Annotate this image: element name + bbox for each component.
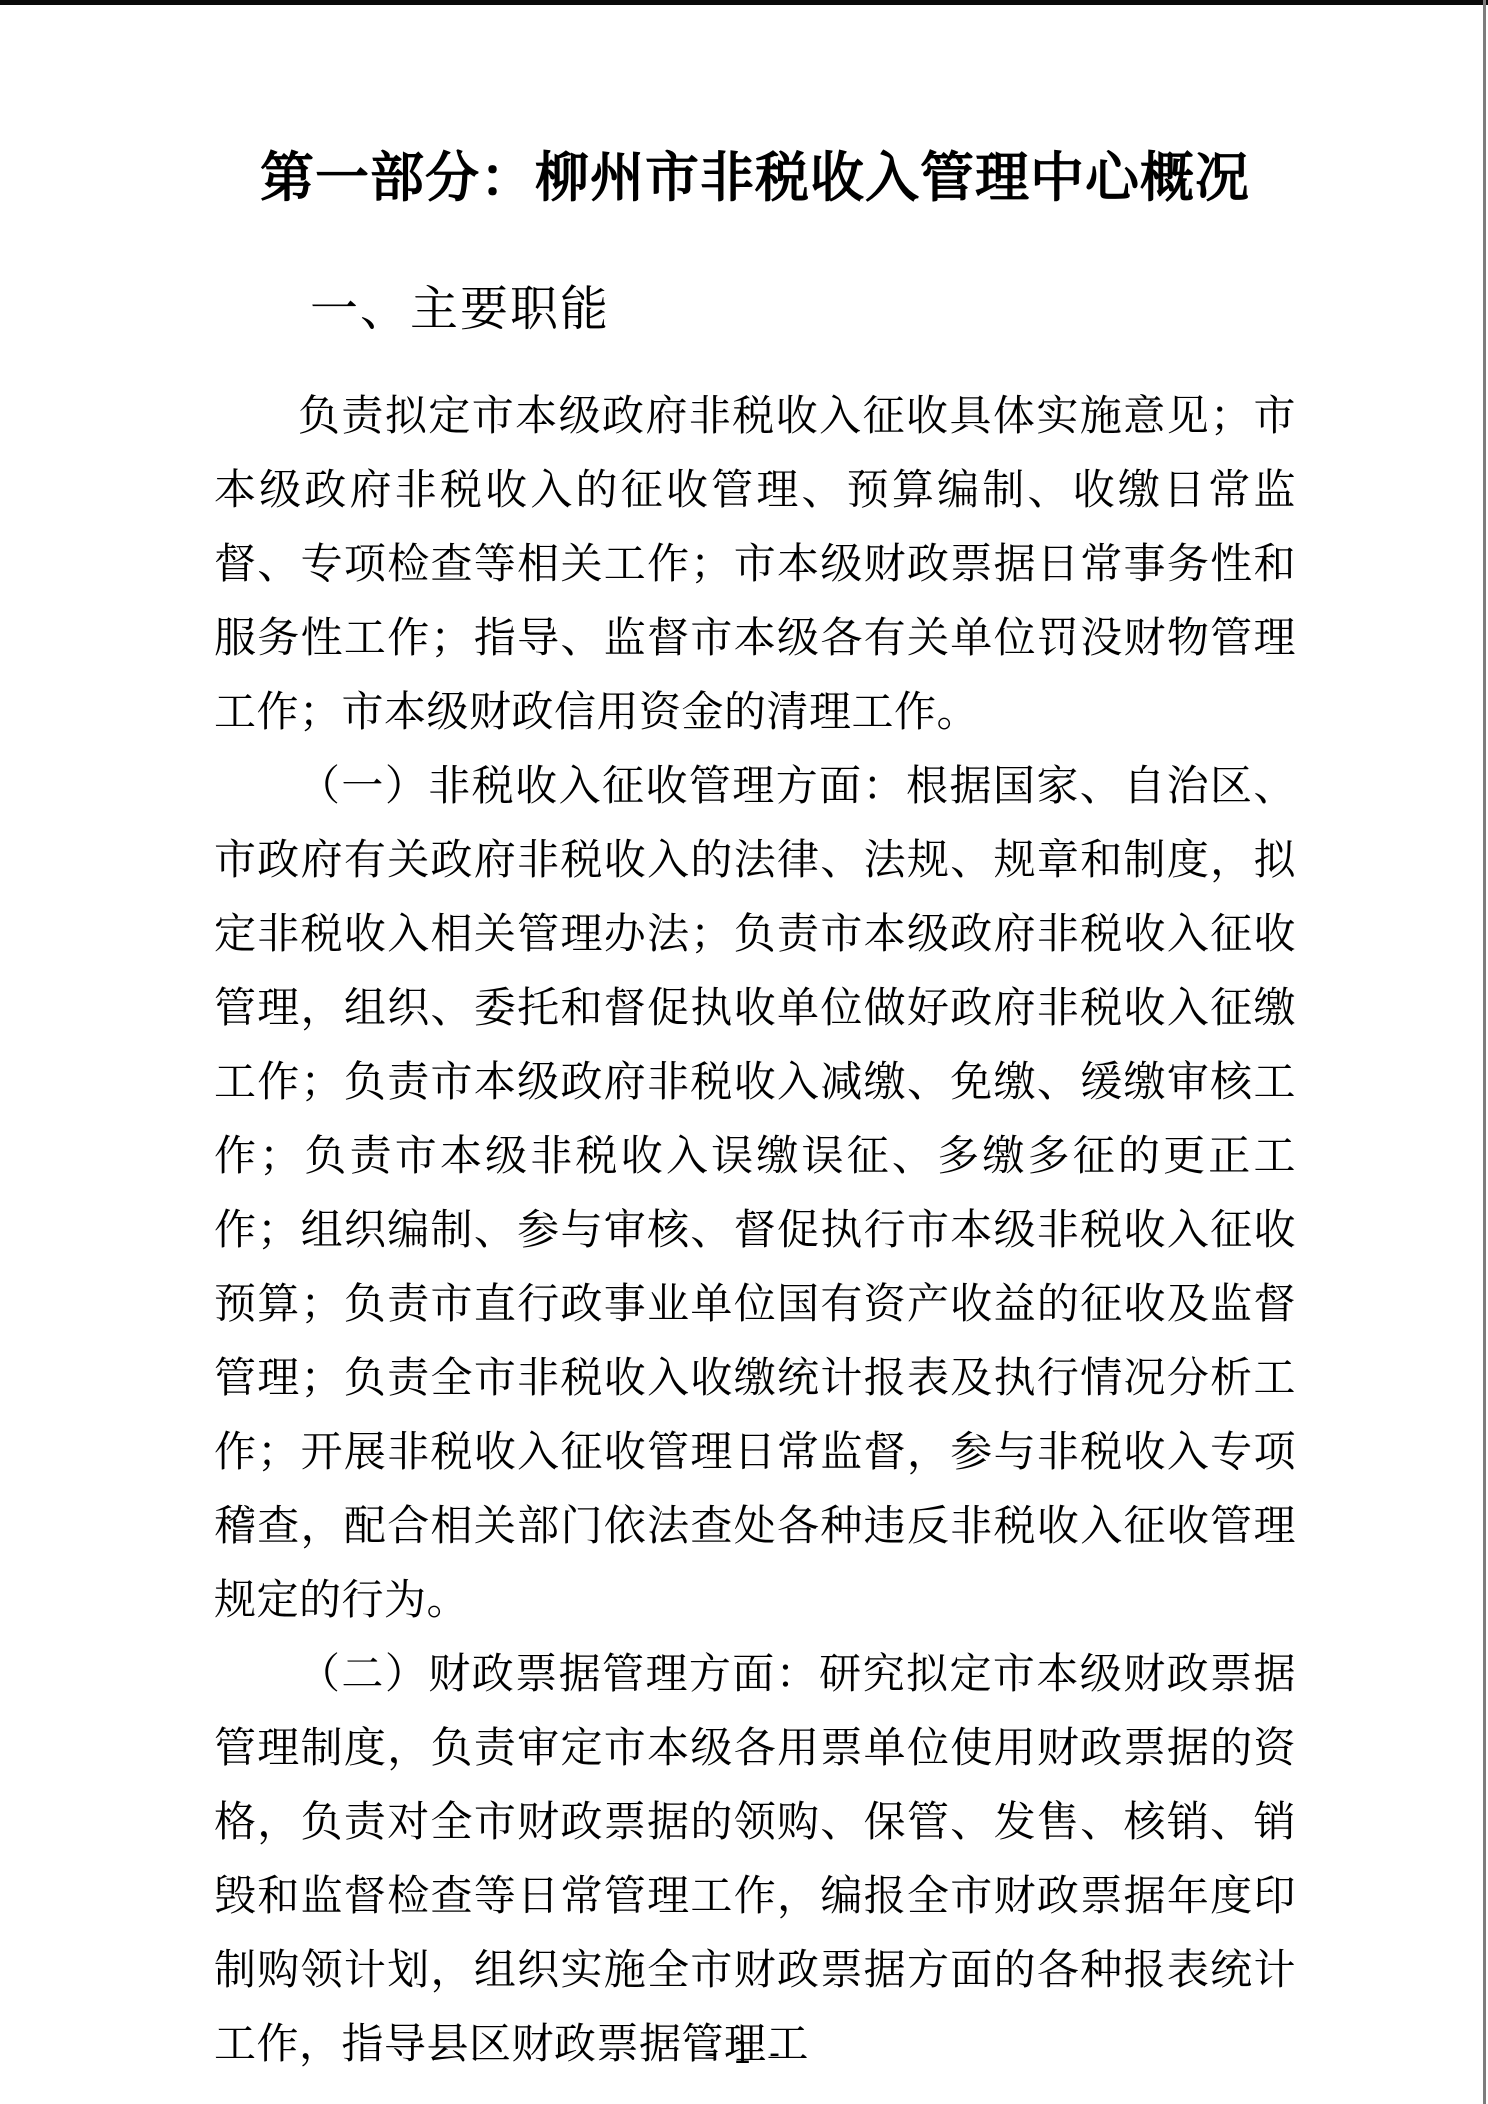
document-title: 第一部分：柳州市非税收入管理中心概况 xyxy=(214,148,1296,208)
paragraph-main-duties: 负责拟定市本级政府非税收入征收具体实施意见；市本级政府非税收入的征收管理、预算编… xyxy=(214,379,1296,749)
paragraph-item-2-fiscal-bills: （二）财政票据管理方面：研究拟定市本级财政票据管理制度，负责审定市本级各用票单位… xyxy=(214,1637,1296,2081)
paragraph-item-1-revenue-collection: （一）非税收入征收管理方面：根据国家、自治区、市政府有关政府非税收入的法律、法规… xyxy=(214,749,1296,1637)
section-heading: 一、主要职能 xyxy=(214,282,1296,336)
scan-edge-right xyxy=(1483,0,1486,2104)
page-number: - 1 - xyxy=(0,2036,1488,2072)
document-page: 第一部分：柳州市非税收入管理中心概况 一、主要职能 负责拟定市本级政府非税收入征… xyxy=(214,0,1296,2081)
